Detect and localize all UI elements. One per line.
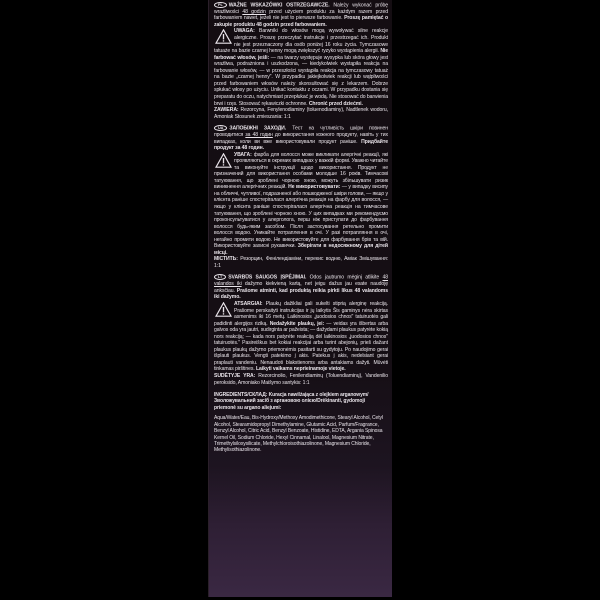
lt-warning: ATSARGIAI: Plaukų dažikliai gali sukelti… bbox=[214, 301, 388, 373]
pl-intro: PLWAŻNE WSKAZÓWKI OSTRZEGAWCZE. Należy w… bbox=[214, 2, 388, 28]
language-badge-pl: PL bbox=[214, 2, 227, 8]
lt-intro: LTSVARBŪS SAUGOS ĮSPĖJIMAI. Odos jautrum… bbox=[214, 274, 388, 300]
lt-heading: SVARBŪS SAUGOS ĮSPĖJIMAI. bbox=[228, 275, 306, 281]
pl-contains: ZAWIERA: Rezorcyna, Fenylenodiaminy (tol… bbox=[214, 107, 388, 120]
language-badge-ua: UA bbox=[214, 125, 227, 131]
section-lt: LTSVARBŪS SAUGOS ĮSPĖJIMAI. Odos jautrum… bbox=[214, 274, 388, 386]
warning-triangle-icon bbox=[215, 29, 232, 44]
ua-heading: ЗАПОБІЖНІ ЗАХОДИ. bbox=[229, 125, 286, 131]
leaflet-panel: PLWAŻNE WSKAZÓWKI OSTRZEGAWCZE. Należy w… bbox=[208, 0, 392, 597]
warning-triangle-icon bbox=[215, 153, 232, 168]
warning-triangle-icon bbox=[215, 302, 232, 317]
language-badge-lt: LT bbox=[214, 274, 226, 280]
ua-contains: МІСТИТЬ: Резорцин, Фенілендіаміни, перек… bbox=[214, 256, 388, 269]
section-pl: PLWAŻNE WSKAZÓWKI OSTRZEGAWCZE. Należy w… bbox=[214, 2, 388, 120]
ingredients-section: INGREDIENTS/СКЛАД: Kuracja nawilżająca z… bbox=[214, 392, 388, 454]
ua-intro: UAЗАПОБІЖНІ ЗАХОДИ. Тест на чутливість ш… bbox=[214, 125, 388, 151]
pl-heading: WAŻNE WSKAZÓWKI OSTRZEGAWCZE. bbox=[229, 2, 330, 8]
pl-warning: UWAGA: Barwniki do włosów mogą wywoływać… bbox=[214, 28, 388, 107]
ingredients-list: Aqua/Water/Eau, Bis-Hydroxy/Methoxy Amod… bbox=[214, 415, 388, 453]
section-ua: UAЗАПОБІЖНІ ЗАХОДИ. Тест на чутливість ш… bbox=[214, 125, 388, 269]
ingredients-heading: INGREDIENTS/СКЛАД: Kuracja nawilżająca z… bbox=[214, 392, 388, 411]
lt-contains: SUDĖTYJE YRA: Rezorcinolio, Fenilendiami… bbox=[214, 373, 388, 386]
ua-warning: УВАГА: фарба для волосся може викликати … bbox=[214, 152, 388, 257]
